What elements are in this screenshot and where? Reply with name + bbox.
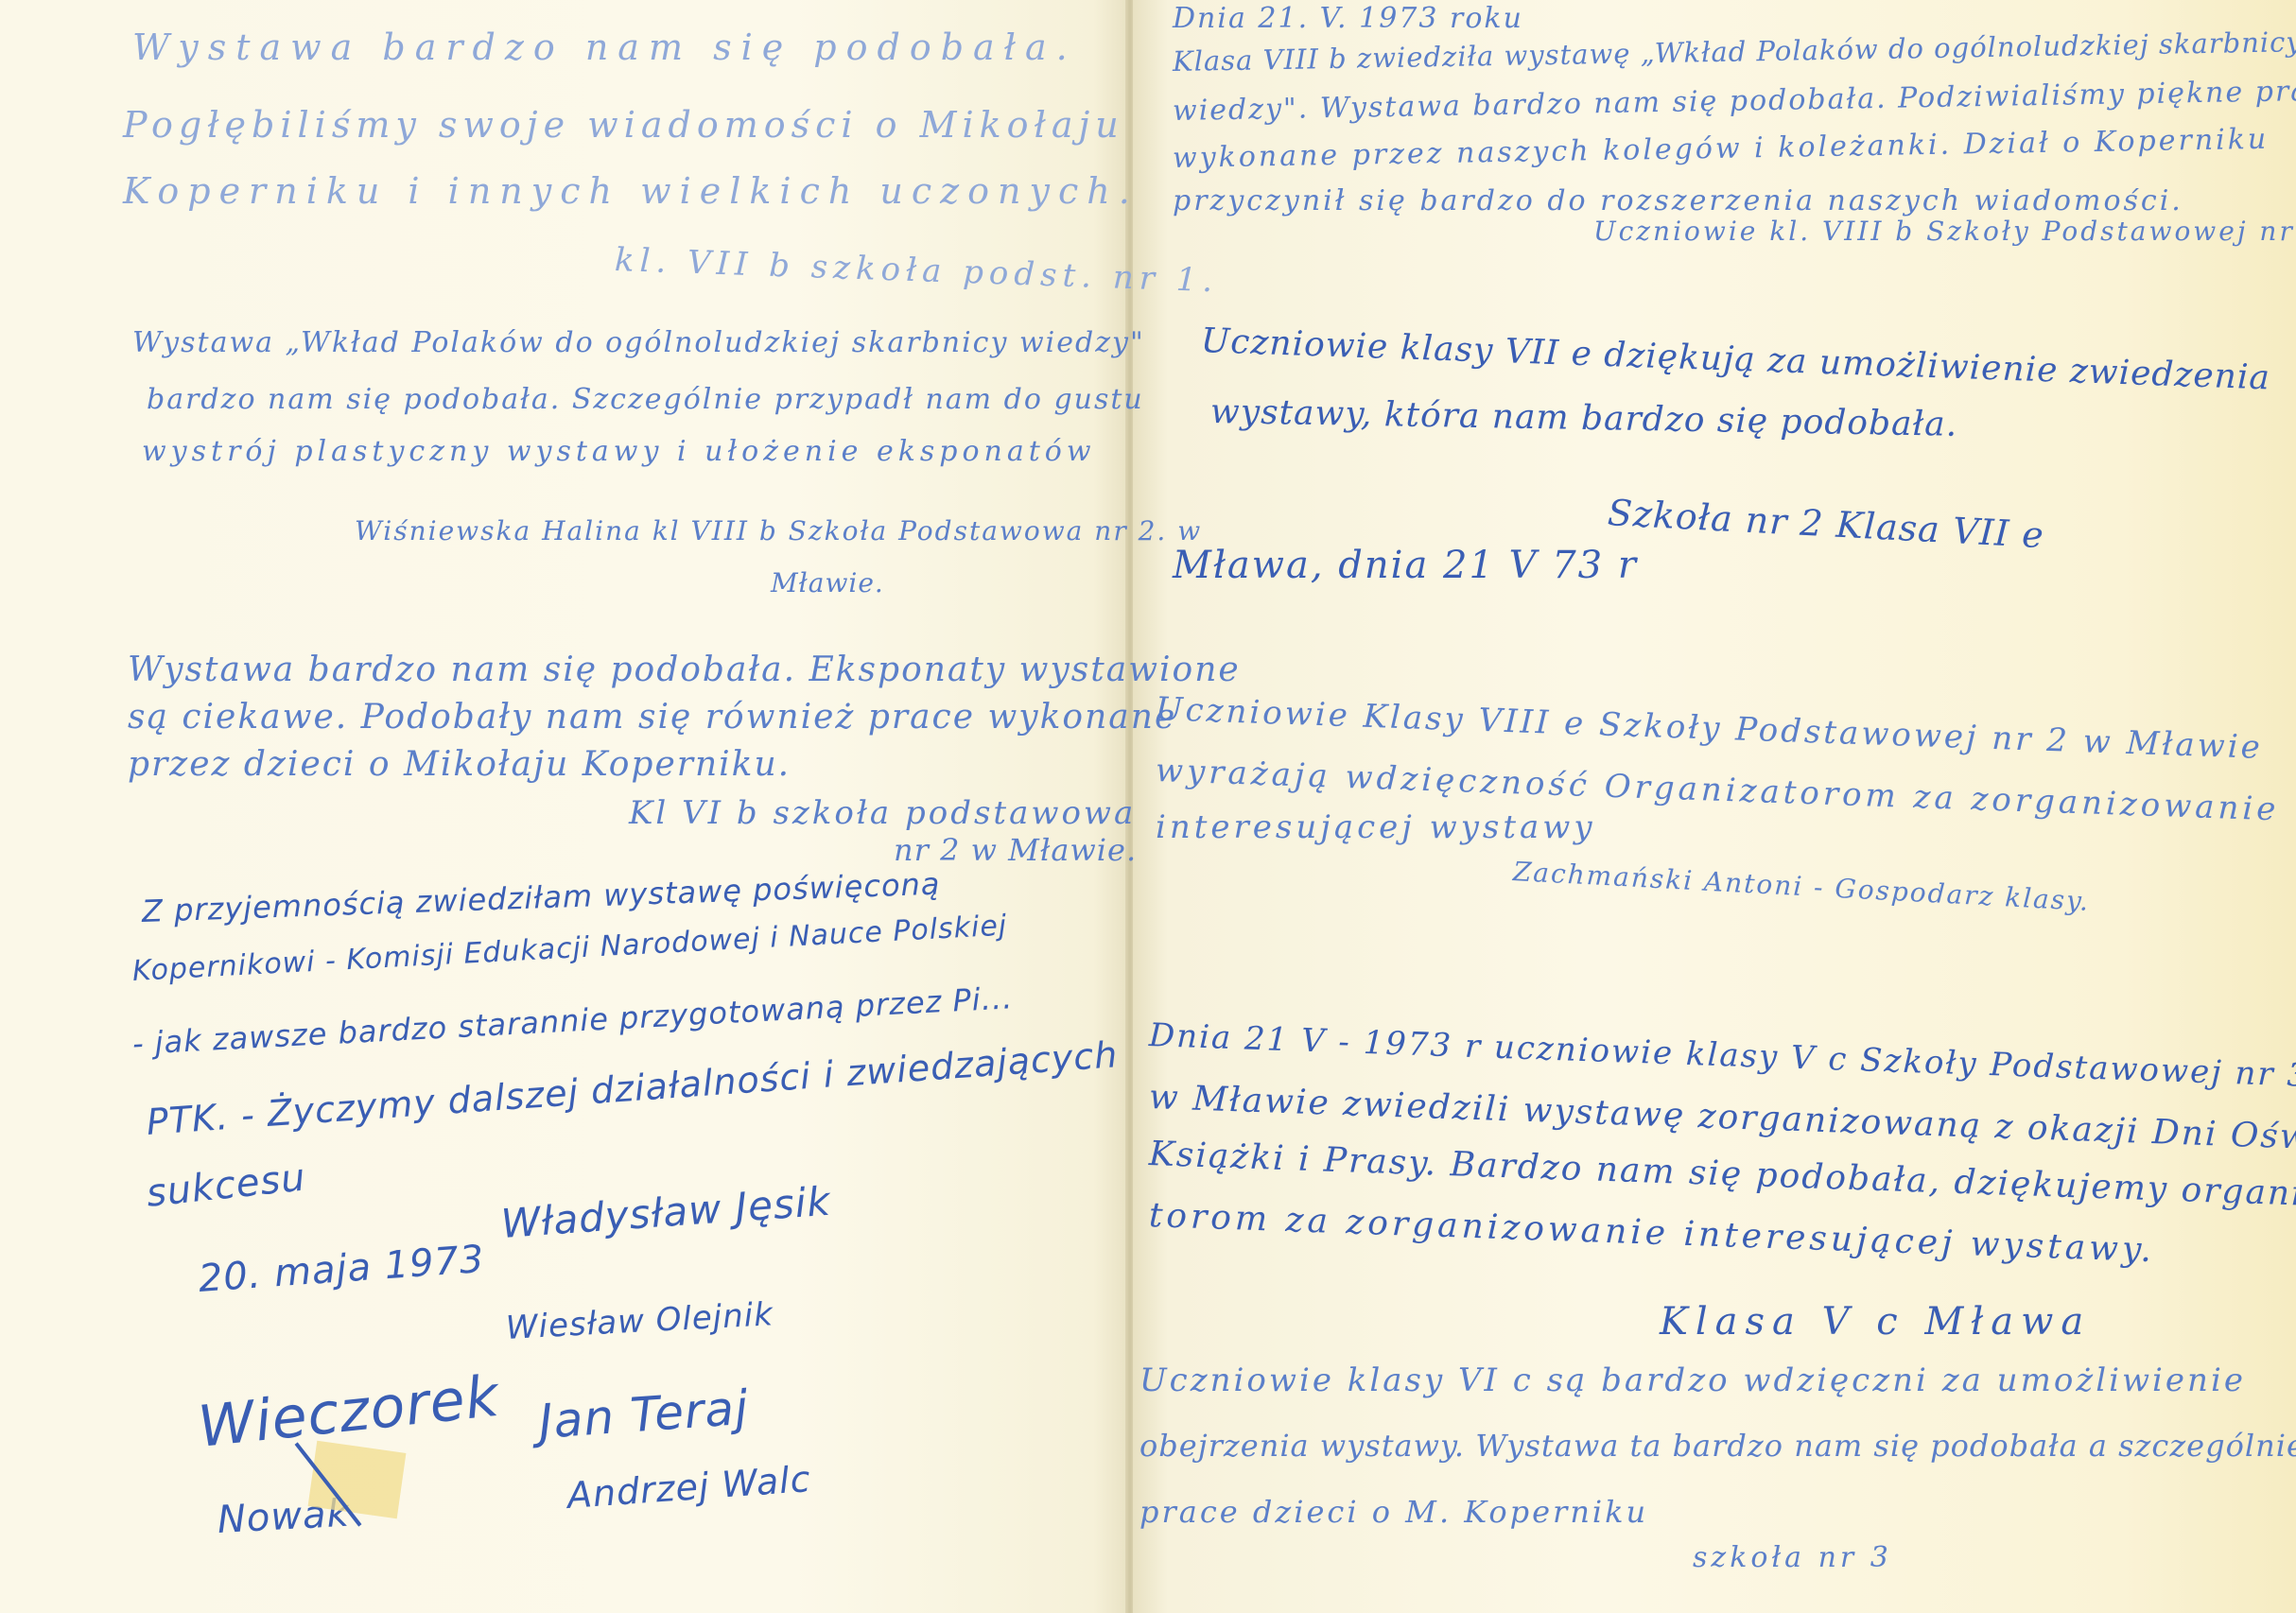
left-entry-1-line-2: Pogłębiliśmy swoje wiadomości o Mikołaju bbox=[123, 104, 1124, 146]
left-entry-1-line-3: Koperniku i innych wielkich uczonych. bbox=[123, 170, 1139, 212]
left-entry-3-signature: Kl VI b szkoła podstawowa bbox=[629, 794, 1136, 832]
left-entry-2-line-1: Wystawa „Wkład Polaków do ogólnoludzkiej… bbox=[132, 326, 1145, 359]
left-entry-3-signature-city: nr 2 w Mławie. bbox=[894, 832, 1137, 868]
left-entry-3-line-3: przez dzieci o Mikołaju Koperniku. bbox=[128, 745, 791, 784]
right-entry-4-signature: Klasa V c Mława bbox=[1660, 1300, 2091, 1344]
left-entry-2-signature: Wiśniewska Halina kl VIII b Szkoła Podst… bbox=[355, 515, 1202, 546]
right-entry-1-signature: Uczniowie kl. VIII b Szkoły Podstawowej … bbox=[1593, 216, 2296, 247]
right-entry-5-signature: szkoła nr 3 bbox=[1693, 1541, 1892, 1574]
left-entry-2-line-3: wystrój plastyczny wystawy i ułożenie ek… bbox=[142, 435, 1096, 468]
left-entry-2-signature-city: Mławie. bbox=[771, 567, 884, 598]
right-entry-1-date: Dnia 21. V. 1973 roku bbox=[1173, 2, 1523, 35]
left-entry-3-line-2: są ciekawe. Podobały nam się również pra… bbox=[128, 698, 1176, 737]
right-entry-5-line-3: prace dzieci o M. Koperniku bbox=[1139, 1494, 1648, 1530]
right-entry-3-line-3: interesującej wystawy bbox=[1156, 808, 1596, 846]
left-entry-3-line-1: Wystawa bardzo nam się podobała. Ekspona… bbox=[128, 650, 1241, 689]
left-entry-2-line-2: bardzo nam się podobała. Szczególnie prz… bbox=[147, 383, 1144, 416]
right-entry-2-place-date: Mława, dnia 21 V 73 r bbox=[1173, 544, 1638, 587]
left-entry-1-line-1: Wystawa bardzo nam się podobała. bbox=[132, 26, 1077, 68]
right-entry-5-line-1: Uczniowie klasy VI c są bardzo wdzięczni… bbox=[1139, 1362, 2246, 1399]
right-entry-5-line-2: obejrzenia wystawy. Wystawa ta bardzo na… bbox=[1139, 1428, 2296, 1464]
right-entry-1-line-4: przyczynił się bardzo do rozszerzenia na… bbox=[1173, 184, 2183, 217]
